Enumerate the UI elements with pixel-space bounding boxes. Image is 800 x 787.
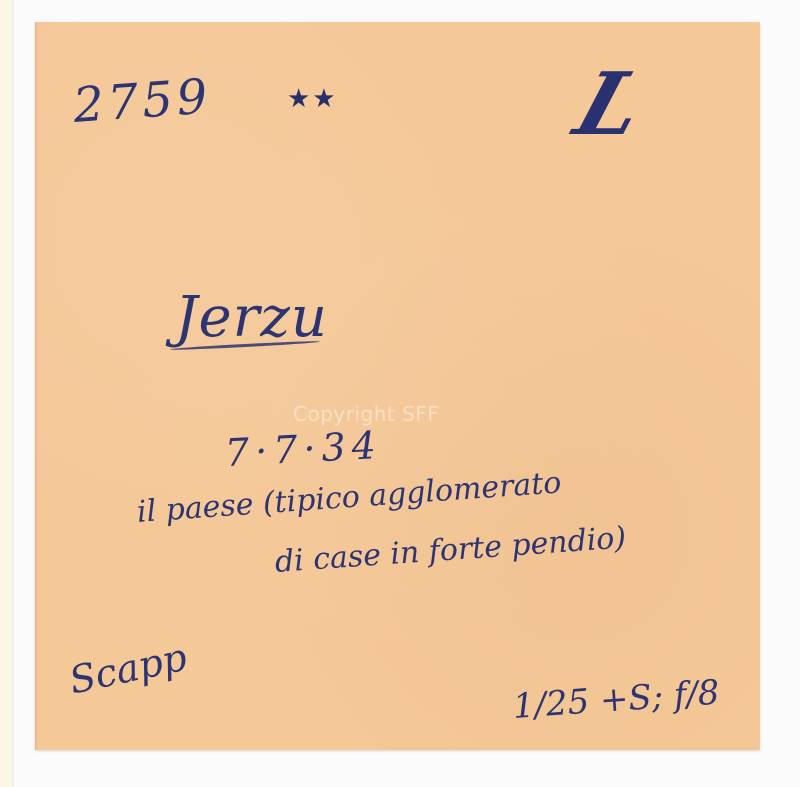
corner-letter: L bbox=[566, 62, 654, 148]
adjacent-page-edge bbox=[12, 0, 14, 787]
description-line-2: di case in forte pendio) bbox=[274, 523, 627, 577]
author-signature: Scapp bbox=[66, 638, 190, 700]
photo-date: 7·7·34 bbox=[224, 426, 383, 472]
index-card: 2759 ★★ L Jerzu Copyright SFF 7·7·34 il … bbox=[35, 22, 760, 750]
description-line-1: il paese (tipico agglomerato bbox=[136, 468, 562, 528]
catalog-stars-icon: ★★ bbox=[287, 86, 338, 112]
place-name: Jerzu bbox=[175, 290, 328, 346]
catalog-number: 2759 bbox=[72, 72, 213, 130]
exposure-settings: 1/25 +S; f/8 bbox=[512, 676, 721, 724]
card-left-fold-shadow bbox=[35, 22, 38, 750]
adjacent-page-strip bbox=[0, 0, 12, 787]
copyright-watermark: Copyright SFF bbox=[293, 402, 439, 426]
